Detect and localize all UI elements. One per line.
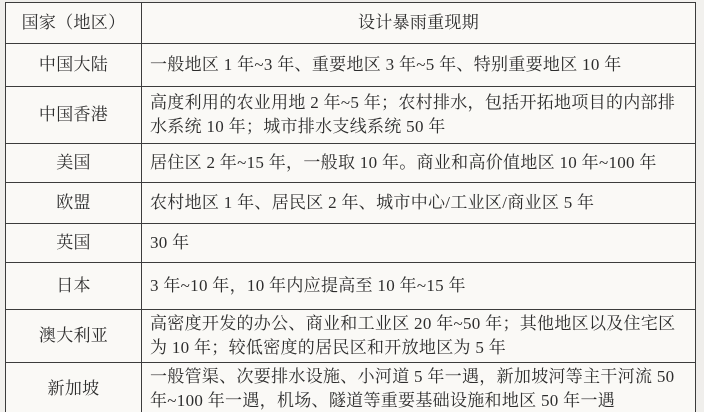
table-row: 欧盟 农村地区 1 年、居民区 2 年、城市中心/工业区/商业区 5 年: [6, 183, 696, 224]
table-header: 国家（地区） 设计暴雨重现期: [6, 3, 696, 44]
region-cell: 欧盟: [6, 183, 142, 224]
table-row: 澳大利亚 高密度开发的办公、商业和工业区 20 年~50 年；其他地区以及住宅区…: [6, 310, 696, 363]
table-row: 日本 3 年~10 年，10 年内应提高至 10 年~15 年: [6, 263, 696, 310]
region-cell: 中国大陆: [6, 44, 142, 87]
region-cell: 新加坡: [6, 363, 142, 412]
region-cell: 澳大利亚: [6, 310, 142, 363]
table-body: 中国大陆 一般地区 1 年~3 年、重要地区 3 年~5 年、特别重要地区 10…: [6, 44, 696, 412]
rainstorm-return-period-table: 国家（地区） 设计暴雨重现期 中国大陆 一般地区 1 年~3 年、重要地区 3 …: [5, 2, 696, 412]
period-cell: 高密度开发的办公、商业和工业区 20 年~50 年；其他地区以及住宅区为 10 …: [142, 310, 696, 363]
header-cell-region: 国家（地区）: [6, 3, 142, 44]
table-row: 中国香港 高度利用的农业用地 2 年~5 年；农村排水，包括开拓地项目的内部排水…: [6, 87, 696, 144]
scanned-document-page: 国家（地区） 设计暴雨重现期 中国大陆 一般地区 1 年~3 年、重要地区 3 …: [0, 0, 704, 412]
table-row: 新加坡 一般管渠、次要排水设施、小河道 5 年一遇，新加坡河等主干河流 50 年…: [6, 363, 696, 412]
region-cell: 中国香港: [6, 87, 142, 144]
region-cell: 英国: [6, 224, 142, 263]
region-cell: 美国: [6, 144, 142, 183]
period-cell: 高度利用的农业用地 2 年~5 年；农村排水，包括开拓地项目的内部排水系统 10…: [142, 87, 696, 144]
table-row: 英国 30 年: [6, 224, 696, 263]
period-cell: 一般管渠、次要排水设施、小河道 5 年一遇，新加坡河等主干河流 50 年~100…: [142, 363, 696, 412]
header-cell-period: 设计暴雨重现期: [142, 3, 696, 44]
period-cell: 农村地区 1 年、居民区 2 年、城市中心/工业区/商业区 5 年: [142, 183, 696, 224]
period-cell: 3 年~10 年，10 年内应提高至 10 年~15 年: [142, 263, 696, 310]
header-row: 国家（地区） 设计暴雨重现期: [6, 3, 696, 44]
table-row: 中国大陆 一般地区 1 年~3 年、重要地区 3 年~5 年、特别重要地区 10…: [6, 44, 696, 87]
region-cell: 日本: [6, 263, 142, 310]
period-cell: 30 年: [142, 224, 696, 263]
table-row: 美国 居住区 2 年~15 年，一般取 10 年。商业和高价值地区 10 年~1…: [6, 144, 696, 183]
period-cell: 居住区 2 年~15 年，一般取 10 年。商业和高价值地区 10 年~100 …: [142, 144, 696, 183]
period-cell: 一般地区 1 年~3 年、重要地区 3 年~5 年、特别重要地区 10 年: [142, 44, 696, 87]
